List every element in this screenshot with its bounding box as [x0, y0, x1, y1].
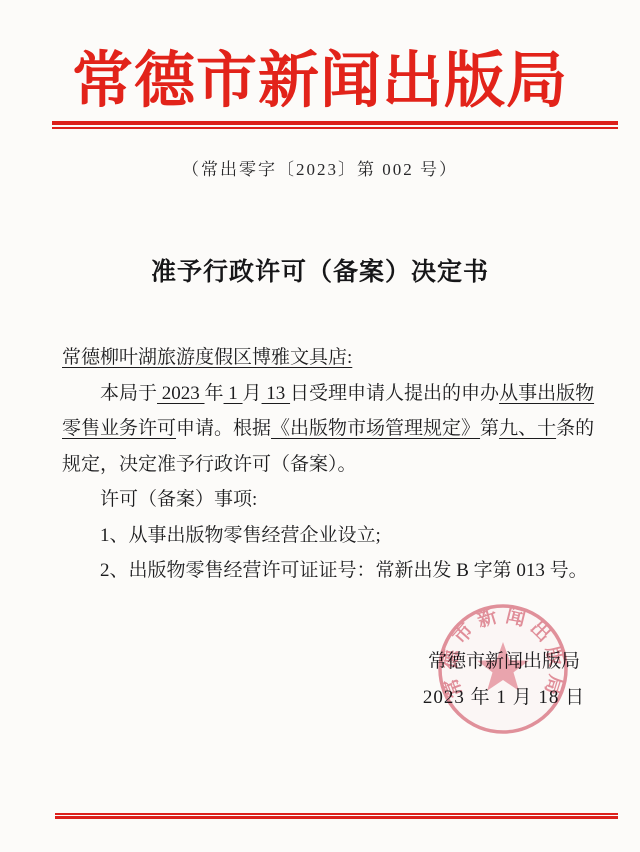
red-footer-rule [55, 813, 618, 819]
list-item: 2、出版物零售经营许可证证号：常新出发 B 字第 013 号。 [62, 553, 594, 589]
page-title: 准予行政许可（备案）决定书 [0, 252, 640, 288]
official-seal-stamp: 常德市新闻出版局 [421, 587, 585, 751]
main-paragraph: 本局于 2023 年 1 月 13 日受理申请人提出的申办从事出版物零售业务许可… [62, 376, 594, 483]
red-header-rule [52, 121, 618, 129]
items-list: 1、从事出版物零售经营企业设立;2、出版物零售经营许可证证号：常新出发 B 字第… [62, 518, 594, 589]
document-page: 常德市新闻出版局 （常出零字〔2023〕第 002 号） 准予行政许可（备案）决… [0, 0, 640, 852]
items-heading: 许可（备案）事项: [62, 482, 594, 518]
document-body: 常德柳叶湖旅游度假区博雅文具店: 本局于 2023 年 1 月 13 日受理申请… [62, 340, 594, 589]
document-number: （常出零字〔2023〕第 002 号） [0, 155, 640, 180]
letterhead-agency-title: 常德市新闻出版局 [0, 32, 640, 119]
paragraph-line: 规定，决定准予行政许可（备案）。 [62, 447, 594, 483]
addressee-line: 常德柳叶湖旅游度假区博雅文具店: [62, 340, 594, 376]
addressee-name: 常德柳叶湖旅游度假区博雅文具店: [62, 347, 352, 368]
paragraph-line: 本局于 2023 年 1 月 13 日受理申请人提出的申办从事出版物 [62, 376, 594, 412]
paragraph-line: 零售业务许可申请。根据《出版物市场管理规定》第九、十条的 [62, 411, 594, 447]
list-item: 1、从事出版物零售经营企业设立; [62, 518, 594, 554]
